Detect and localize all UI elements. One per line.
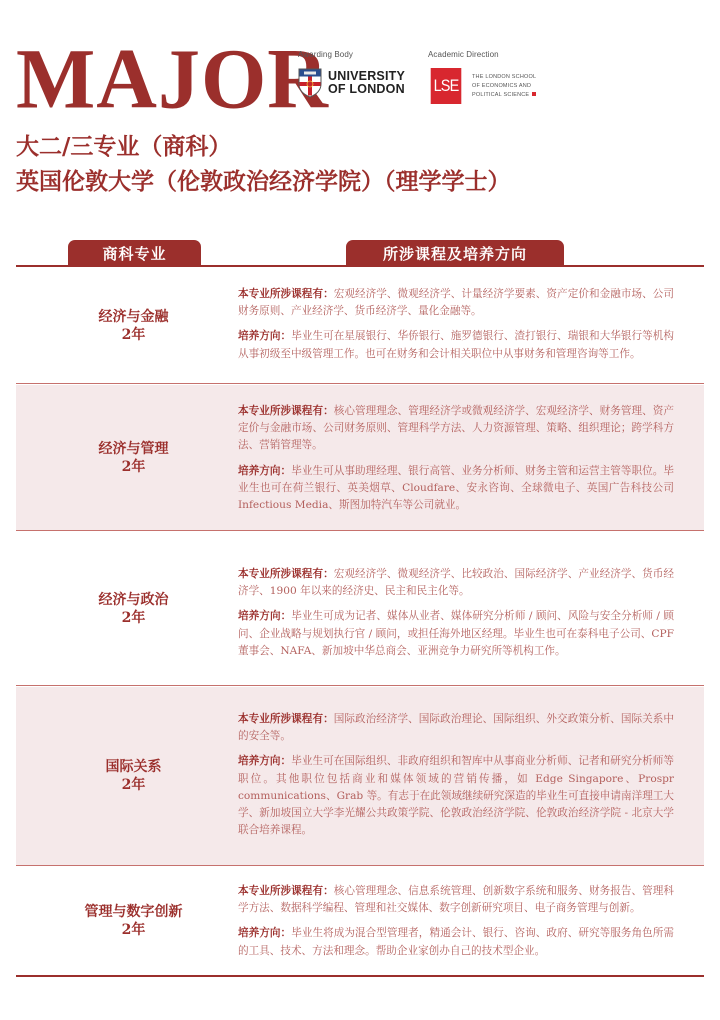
table-row: 经济与管理 2年 本专业所涉课程有：核心管理理念、管理经济学或微观经济学、宏观经…	[16, 385, 704, 531]
red-square-icon	[532, 92, 536, 96]
academic-direction-logo: Academic Direction LSE THE LONDON SCHOOL…	[428, 50, 536, 104]
courses-label: 本专业所涉课程有：	[238, 885, 334, 897]
description-cell: 本专业所涉课程有：宏观经济学、微观经济学、比较政治、国际经济学、产业经济学、货币…	[238, 566, 674, 668]
major-duration: 2年	[122, 326, 146, 344]
awarding-body-caption: Awarding Body	[298, 50, 405, 59]
major-name: 经济与管理	[99, 440, 169, 458]
major-name: 管理与数字创新	[85, 903, 183, 921]
description-cell: 本专业所涉课程有：国际政治经济学、国际政治理论、国际组织、外交政策分析、国际关系…	[238, 711, 674, 847]
career-text: 毕业生可从事助理经理、银行高管、业务分析师、财务主管和运营主管等职位。毕业生也可…	[238, 465, 674, 511]
major-duration: 2年	[122, 458, 146, 476]
career-label: 培养方向：	[238, 755, 291, 767]
career-text: 毕业生将成为混合型管理者，精通会计、银行、咨询、政府、研究等服务角色所需的工具、…	[238, 927, 674, 956]
major-cell: 国际关系 2年	[16, 687, 251, 865]
major-cell: 经济与政治 2年	[16, 532, 251, 685]
major-duration: 2年	[122, 609, 146, 627]
career-text: 毕业生可在星展银行、华侨银行、施罗德银行、渣打银行、瑞银和大华银行等机构从事初级…	[238, 330, 674, 359]
major-cell: 经济与管理 2年	[16, 385, 251, 530]
courses-label: 本专业所涉课程有：	[238, 568, 334, 580]
career-label: 培养方向：	[238, 465, 291, 477]
career-label: 培养方向：	[238, 330, 291, 342]
major-duration: 2年	[122, 921, 146, 939]
major-cell: 管理与数字创新 2年	[16, 867, 251, 975]
academic-direction-caption: Academic Direction	[428, 50, 536, 59]
subtitle-level: 大二/三专业（商科）	[16, 128, 231, 161]
description-cell: 本专业所涉课程有：核心管理理念、管理经济学或微观经济学、宏观经济学、财务管理、资…	[238, 403, 674, 522]
description-cell: 本专业所涉课程有：核心管理理念、信息系统管理、创新数字系统和服务、财务报告、管理…	[238, 883, 674, 968]
courses-label: 本专业所涉课程有：	[238, 713, 334, 725]
lse-name-line3: POLITICAL SCIENCE	[472, 92, 529, 98]
table-row: 经济与金融 2年 本专业所涉课程有：宏观经济学、微观经济学、计量经济学要素、资产…	[16, 269, 704, 384]
career-label: 培养方向：	[238, 927, 291, 939]
lse-logo-box: LSE	[431, 68, 462, 104]
career-text: 毕业生可在国际组织、非政府组织和智库中从事商业分析师、记者和研究分析师等职位。其…	[238, 755, 674, 836]
table-header: 商科专业 所涉课程及培养方向	[16, 240, 704, 267]
career-text: 毕业生可成为记者、媒体从业者、媒体研究分析师 / 顾问、风险与安全分析师 / 顾…	[238, 610, 674, 656]
major-duration: 2年	[122, 776, 146, 794]
career-label: 培养方向：	[238, 610, 291, 622]
shield-crest-icon	[298, 68, 322, 98]
table-row: 国际关系 2年 本专业所涉课程有：国际政治经济学、国际政治理论、国际组织、外交政…	[16, 687, 704, 866]
uol-name-line2: OF LONDON	[328, 83, 405, 96]
major-name: 经济与金融	[99, 308, 169, 326]
major-name: 经济与政治	[99, 591, 169, 609]
courses-label: 本专业所涉课程有：	[238, 405, 334, 417]
column-header-major: 商科专业	[68, 240, 201, 267]
column-header-courses: 所涉课程及培养方向	[346, 240, 564, 267]
major-name: 国际关系	[106, 758, 162, 776]
major-cell: 经济与金融 2年	[16, 269, 251, 383]
table-row: 管理与数字创新 2年 本专业所涉课程有：核心管理理念、信息系统管理、创新数字系统…	[16, 867, 704, 977]
lse-name-line1: THE LONDON SCHOOL	[472, 73, 536, 82]
awarding-body-logo: Awarding Body UNIVERSITY OF LONDON	[298, 50, 405, 98]
table-row: 经济与政治 2年 本专业所涉课程有：宏观经济学、微观经济学、比较政治、国际经济学…	[16, 532, 704, 686]
subtitle-university: 英国伦敦大学（伦敦政治经济学院）（理学学士）	[16, 163, 511, 196]
major-title: MAJOR	[16, 37, 329, 123]
lse-name-line2: OF ECONOMICS AND	[472, 82, 536, 91]
description-cell: 本专业所涉课程有：宏观经济学、微观经济学、计量经济学要素、资产定价和金融市场、公…	[238, 286, 674, 371]
courses-label: 本专业所涉课程有：	[238, 288, 334, 300]
